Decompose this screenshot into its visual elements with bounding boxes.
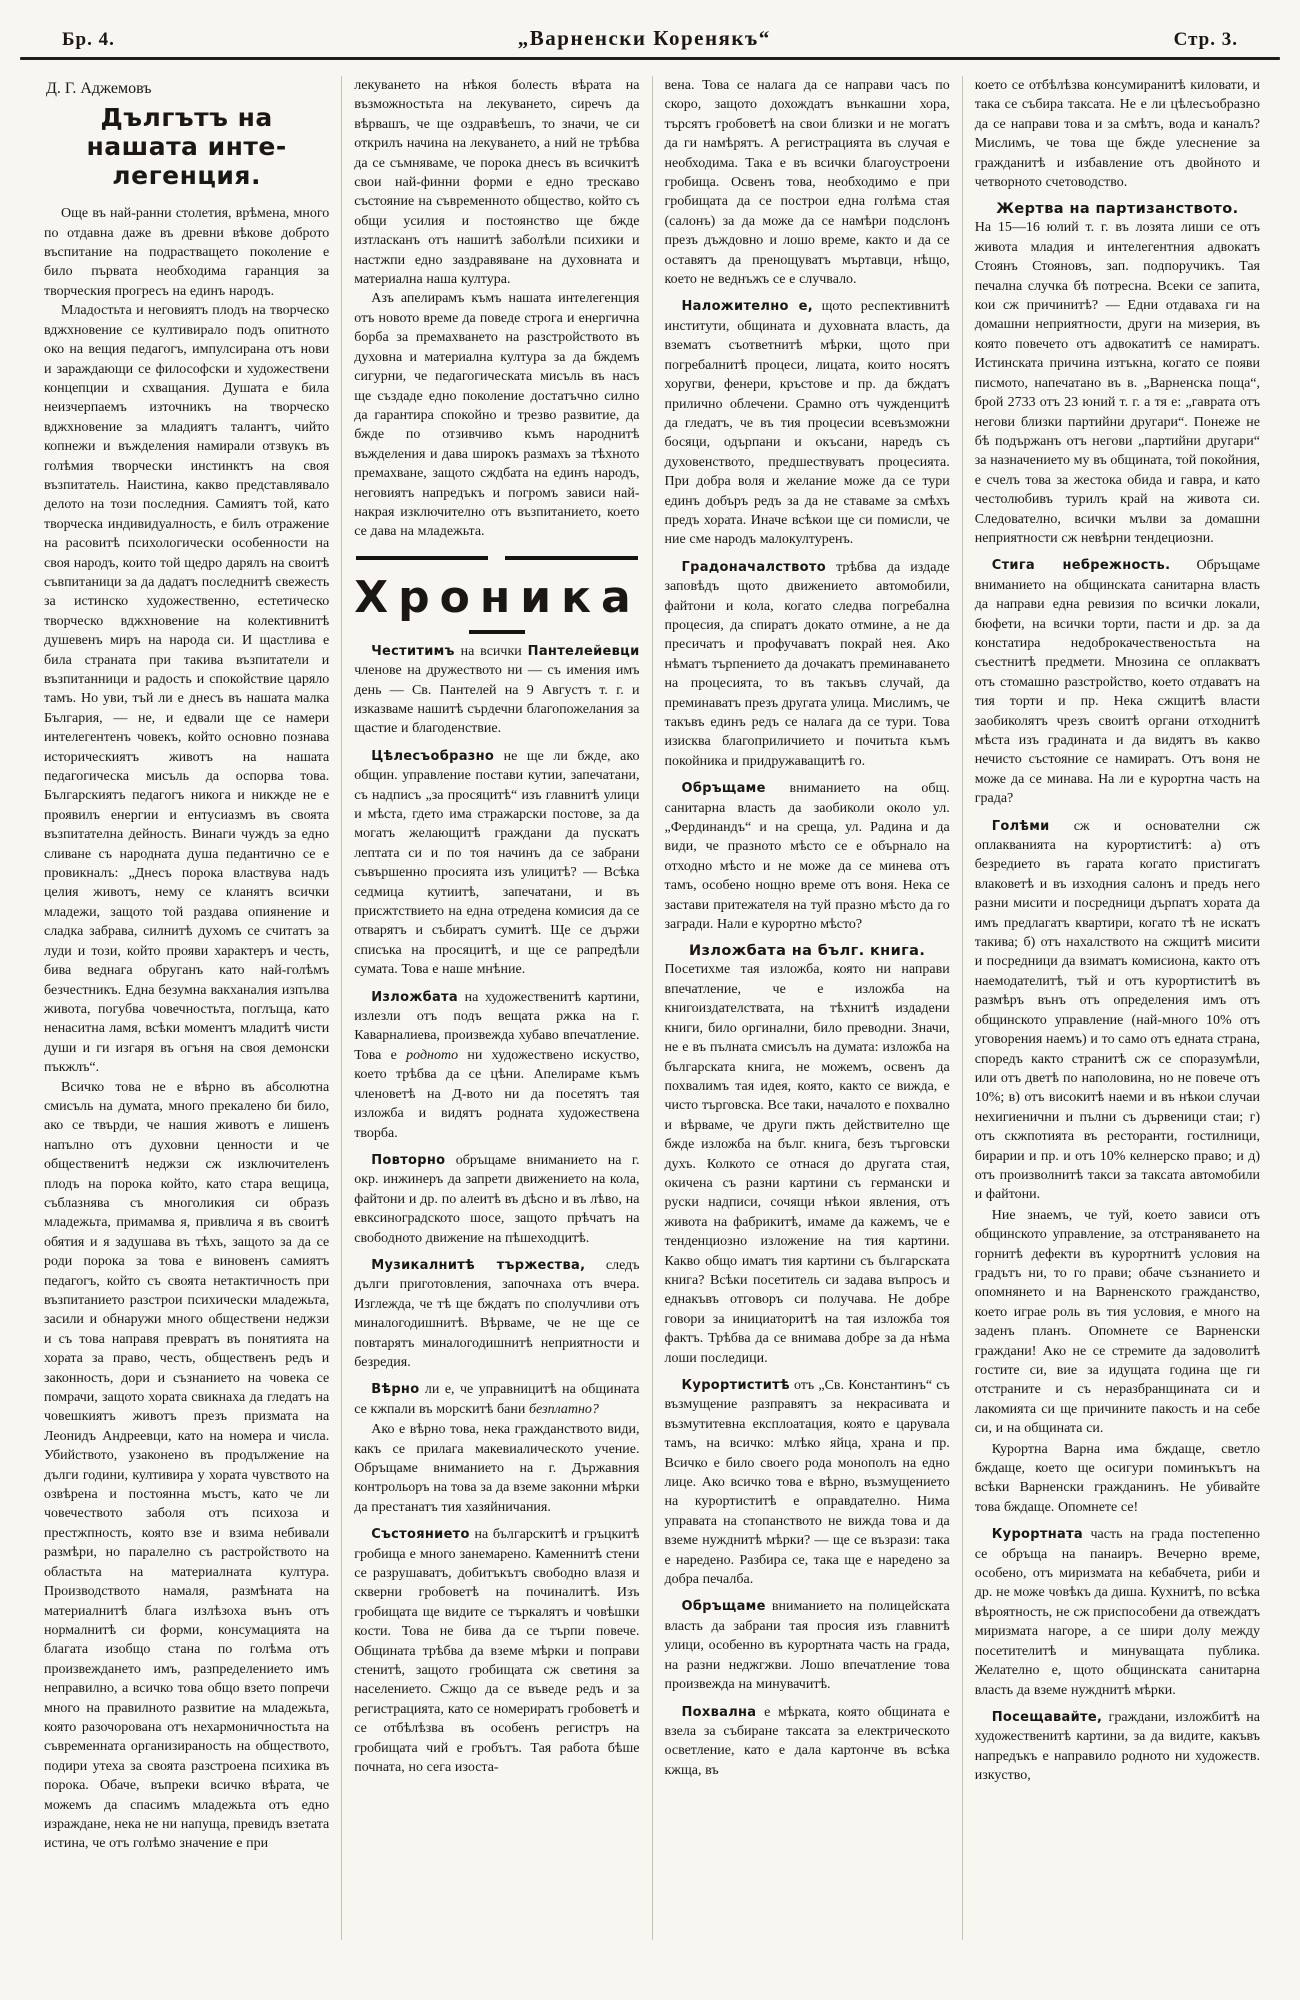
chronicle-heading: Хроника (354, 576, 639, 620)
item-lead: Състоянието (371, 1527, 470, 1542)
chronicle-item: Музикалнитѣ тържества, следъ дълги приго… (354, 1256, 639, 1372)
chronicle-item-continued: което се отбѣлѣзва консумиранитѣ киловат… (975, 76, 1260, 192)
item-text: отъ „Св. Константинъ“ съ възмущение разп… (665, 1378, 950, 1587)
article-author: Д. Г. Аджемовъ (46, 80, 329, 98)
item-lead: Цѣлесъобразно (371, 749, 494, 764)
item-text: часть на града постепенно се обръща на п… (975, 1527, 1260, 1697)
item-lead: Панте­лейевци (528, 644, 640, 659)
item-lead: Курортиститѣ (682, 1378, 790, 1393)
item-lead: Обръщаме (682, 781, 766, 796)
chronicle-item: Цѣлесъобразно не ще ли бжде, ако общин. … (354, 747, 639, 980)
chronicle-item-continued: Курортна Варна има бждаще, светло бждаще… (975, 1440, 1260, 1518)
chronicle-underline (469, 630, 525, 634)
chronicle-item: Повторно обръщаме вниманието на г. окр. … (354, 1151, 639, 1248)
newspaper-page: Бр. 4. „Варненски Коренякъ“ Стр. 3. Д. Г… (0, 0, 1300, 2000)
issue-number: Бр. 4. (62, 29, 115, 51)
item-lead: Курортната (992, 1527, 1083, 1542)
chronicle-item-continued: Ние знаемъ, че туй, което зависи отъ общ… (975, 1206, 1260, 1439)
page-number: Стр. 3. (1174, 29, 1238, 51)
item-text: на всички (455, 644, 528, 659)
chronicle-item: Посещавайте, граждани, изложбитѣ на худо… (975, 1708, 1260, 1786)
article-title-line2: легенция. (112, 161, 261, 190)
column-2: лекуването на нѣкоя болесть вѣрата на въ… (341, 76, 651, 1940)
chronicle-item: Посетихме тая изложба, която ни направи … (665, 960, 950, 1368)
chronicle-item: Изложбата на художественитѣ картини, изл… (354, 988, 639, 1143)
column-3: вена. Това се налага да се направи часъ … (652, 76, 962, 1940)
chronicle-item: Градоначалството трѣбва да издаде заповѣ… (665, 558, 950, 771)
item-heading: Жертва на партизанството. (975, 201, 1260, 217)
chronicle-item-continued: Ако е вѣрно това, нека гражданството вид… (354, 1420, 639, 1517)
article-paragraph-continued: лекуването на нѣкоя болесть вѣрата на въ… (354, 76, 639, 289)
item-lead: Честитимъ (371, 644, 454, 659)
newspaper-title: „Варненски Коренякъ“ (518, 26, 771, 51)
item-lead: Стига небрежность. (992, 558, 1171, 573)
item-text: не ще ли бжде, ако общин. управление пос… (354, 749, 639, 977)
item-lead: Обръщаме (682, 1599, 766, 1614)
section-divider (356, 556, 637, 560)
item-lead: Изложбата (371, 990, 458, 1005)
article-paragraph: Младостьта и неговиятъ плодъ на творческ… (44, 301, 329, 1077)
masthead: Бр. 4. „Варненски Коренякъ“ Стр. 3. (0, 0, 1300, 55)
article-paragraph: Азъ апелирамъ къмъ нашата интелегенция о… (354, 289, 639, 541)
item-heading: Изложбата на бълг. книга. (665, 943, 950, 959)
chronicle-item: Похвална е мѣрката, която общината е взе… (665, 1703, 950, 1781)
item-lead: Музикалнитѣ тържества, (371, 1258, 585, 1273)
chronicle-item: Честитимъ на всички Панте­лейевци членов… (354, 642, 639, 739)
item-lead: Похвална (682, 1705, 757, 1720)
article-paragraph: Всичко това не е вѣрно въ абсолютна смис… (44, 1078, 329, 1854)
item-lead: Голѣми (992, 819, 1050, 834)
chronicle-item: Състоянието на българскитѣ и гръцкитѣ гр… (354, 1525, 639, 1777)
article-title: Дългътъ на нашата инте-легенция. (44, 104, 329, 190)
item-text: вниманието на общ. санитарна власть да з… (665, 781, 950, 932)
item-text-italic: безплатно? (529, 1402, 599, 1417)
item-text: членове на дружеството ни — съ имения им… (354, 663, 639, 736)
chronicle-item: Голѣми сж и основателни сж оплакванията … (975, 817, 1260, 1205)
item-text: щото респективнитѣ институти, общината и… (665, 299, 950, 547)
article-title-line1: Дългътъ на нашата инте- (87, 103, 287, 161)
article-paragraph: Още въ най-ранни столетия, врѣмена, мног… (44, 204, 329, 301)
item-text: на българскитѣ и гръцкитѣ гробища е мног… (354, 1527, 639, 1775)
chronicle-item: Наложително е, щото респективнитѣ инстит… (665, 297, 950, 549)
chronicle-item: Курортиститѣ отъ „Св. Константинъ“ съ въ… (665, 1376, 950, 1589)
item-lead: Градоначалството (682, 560, 826, 575)
item-lead: Повторно (371, 1153, 445, 1168)
chronicle-item: Обръщаме вниманието на общ. санитарна вл… (665, 779, 950, 934)
item-lead: Посещавайте, (992, 1710, 1102, 1725)
item-lead: Вѣрно (371, 1382, 419, 1397)
chronicle-item: Обръщаме вниманието на полицейската влас… (665, 1597, 950, 1694)
item-text-italic: родното (406, 1048, 458, 1063)
item-text: сж и основателни сж оплакванията на куро… (975, 819, 1260, 1203)
chronicle-item: На 15—16 юлий т. г. въ лозята лиши се от… (975, 218, 1260, 548)
item-text: Обръщаме вниманието на общинската санита… (975, 558, 1260, 806)
chronicle-item-continued: вена. Това се налага да се направи часъ … (665, 76, 950, 289)
chronicle-section-header: Хроника (354, 556, 639, 634)
column-1: Д. Г. Аджемовъ Дългътъ на нашата инте-ле… (32, 76, 341, 1940)
item-lead: Наложително е, (682, 299, 814, 314)
column-4: което се отбѣлѣзва консумиранитѣ киловат… (962, 76, 1272, 1940)
chronicle-item: Стига небрежность. Обръщаме вниманието н… (975, 556, 1260, 808)
chronicle-item: Курортната часть на града постепенно се … (975, 1525, 1260, 1700)
chronicle-item: Вѣрно ли е, че управницитѣ на общината с… (354, 1380, 639, 1419)
page-columns: Д. Г. Аджемовъ Дългътъ на нашата инте-ле… (0, 60, 1300, 1940)
item-text: трѣбва да издаде заповѣдъ щото движениет… (665, 560, 950, 769)
item-text: следъ дълги приготовления, започнаха отъ… (354, 1258, 639, 1370)
